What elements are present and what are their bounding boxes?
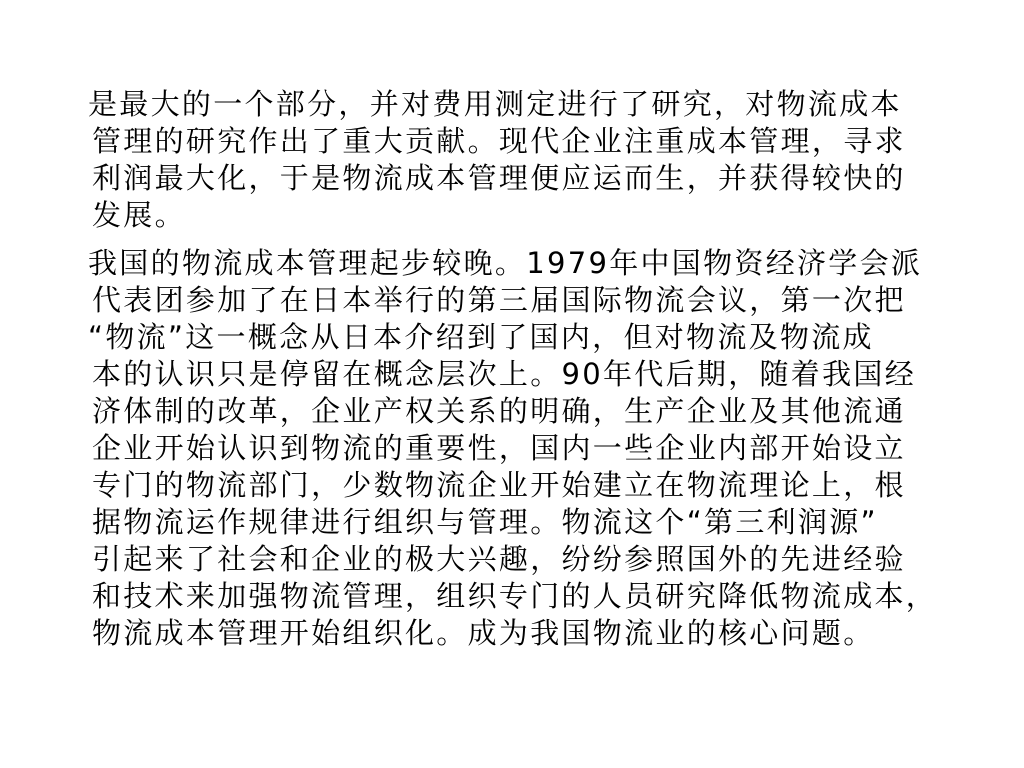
paragraph-1-line-3: 利润最大化，于是物流成本管理便应运而生，并获得较快的 [92, 160, 906, 196]
paragraph-2-line-7: 专门的物流部门，少数物流企业开始建立在物流理论上，根 [92, 467, 906, 503]
slide: 是最大的一个部分，并对费用测定进行了研究，对物流成本 管理的研究作出了重大贡献。… [0, 0, 1024, 768]
paragraph-2-line-11: 物流成本管理开始组织化。成为我国物流业的核心问题。 [92, 615, 875, 651]
paragraph-2-line-4: 本的认识只是停留在概念层次上。90年代后期，随着我国经 [92, 356, 916, 392]
paragraph-1-line-4: 发展。 [92, 197, 186, 233]
slide-text-body: 是最大的一个部分，并对费用测定进行了研究，对物流成本 管理的研究作出了重大贡献。… [0, 0, 1024, 768]
paragraph-2-line-3: “物流”这一概念从日本介绍到了国内，但对物流及物流成 [88, 319, 874, 355]
paragraph-2-line-8: 据物流运作规律进行组织与管理。物流这个“第三利润源” [92, 504, 878, 540]
paragraph-2-line-1: 我国的物流成本管理起步较晚。1979年中国物资经济学会派 [88, 245, 922, 281]
paragraph-2-line-10: 和技术来加强物流管理，组织专门的人员研究降低物流成本， [92, 578, 937, 614]
paragraph-2-line-5: 济体制的改革，企业产权关系的明确，生产企业及其他流通 [92, 393, 906, 429]
paragraph-1-line-1: 是最大的一个部分，并对费用测定进行了研究，对物流成本 [88, 86, 902, 122]
paragraph-2-line-2: 代表团参加了在日本举行的第三届国际物流会议，第一次把 [92, 282, 906, 318]
paragraph-2-line-6: 企业开始认识到物流的重要性，国内一些企业内部开始设立 [92, 430, 906, 466]
paragraph-2-line-9: 引起来了社会和企业的极大兴趣，纷纷参照国外的先进经验 [92, 541, 906, 577]
paragraph-1-line-2: 管理的研究作出了重大贡献。现代企业注重成本管理，寻求 [92, 123, 906, 159]
